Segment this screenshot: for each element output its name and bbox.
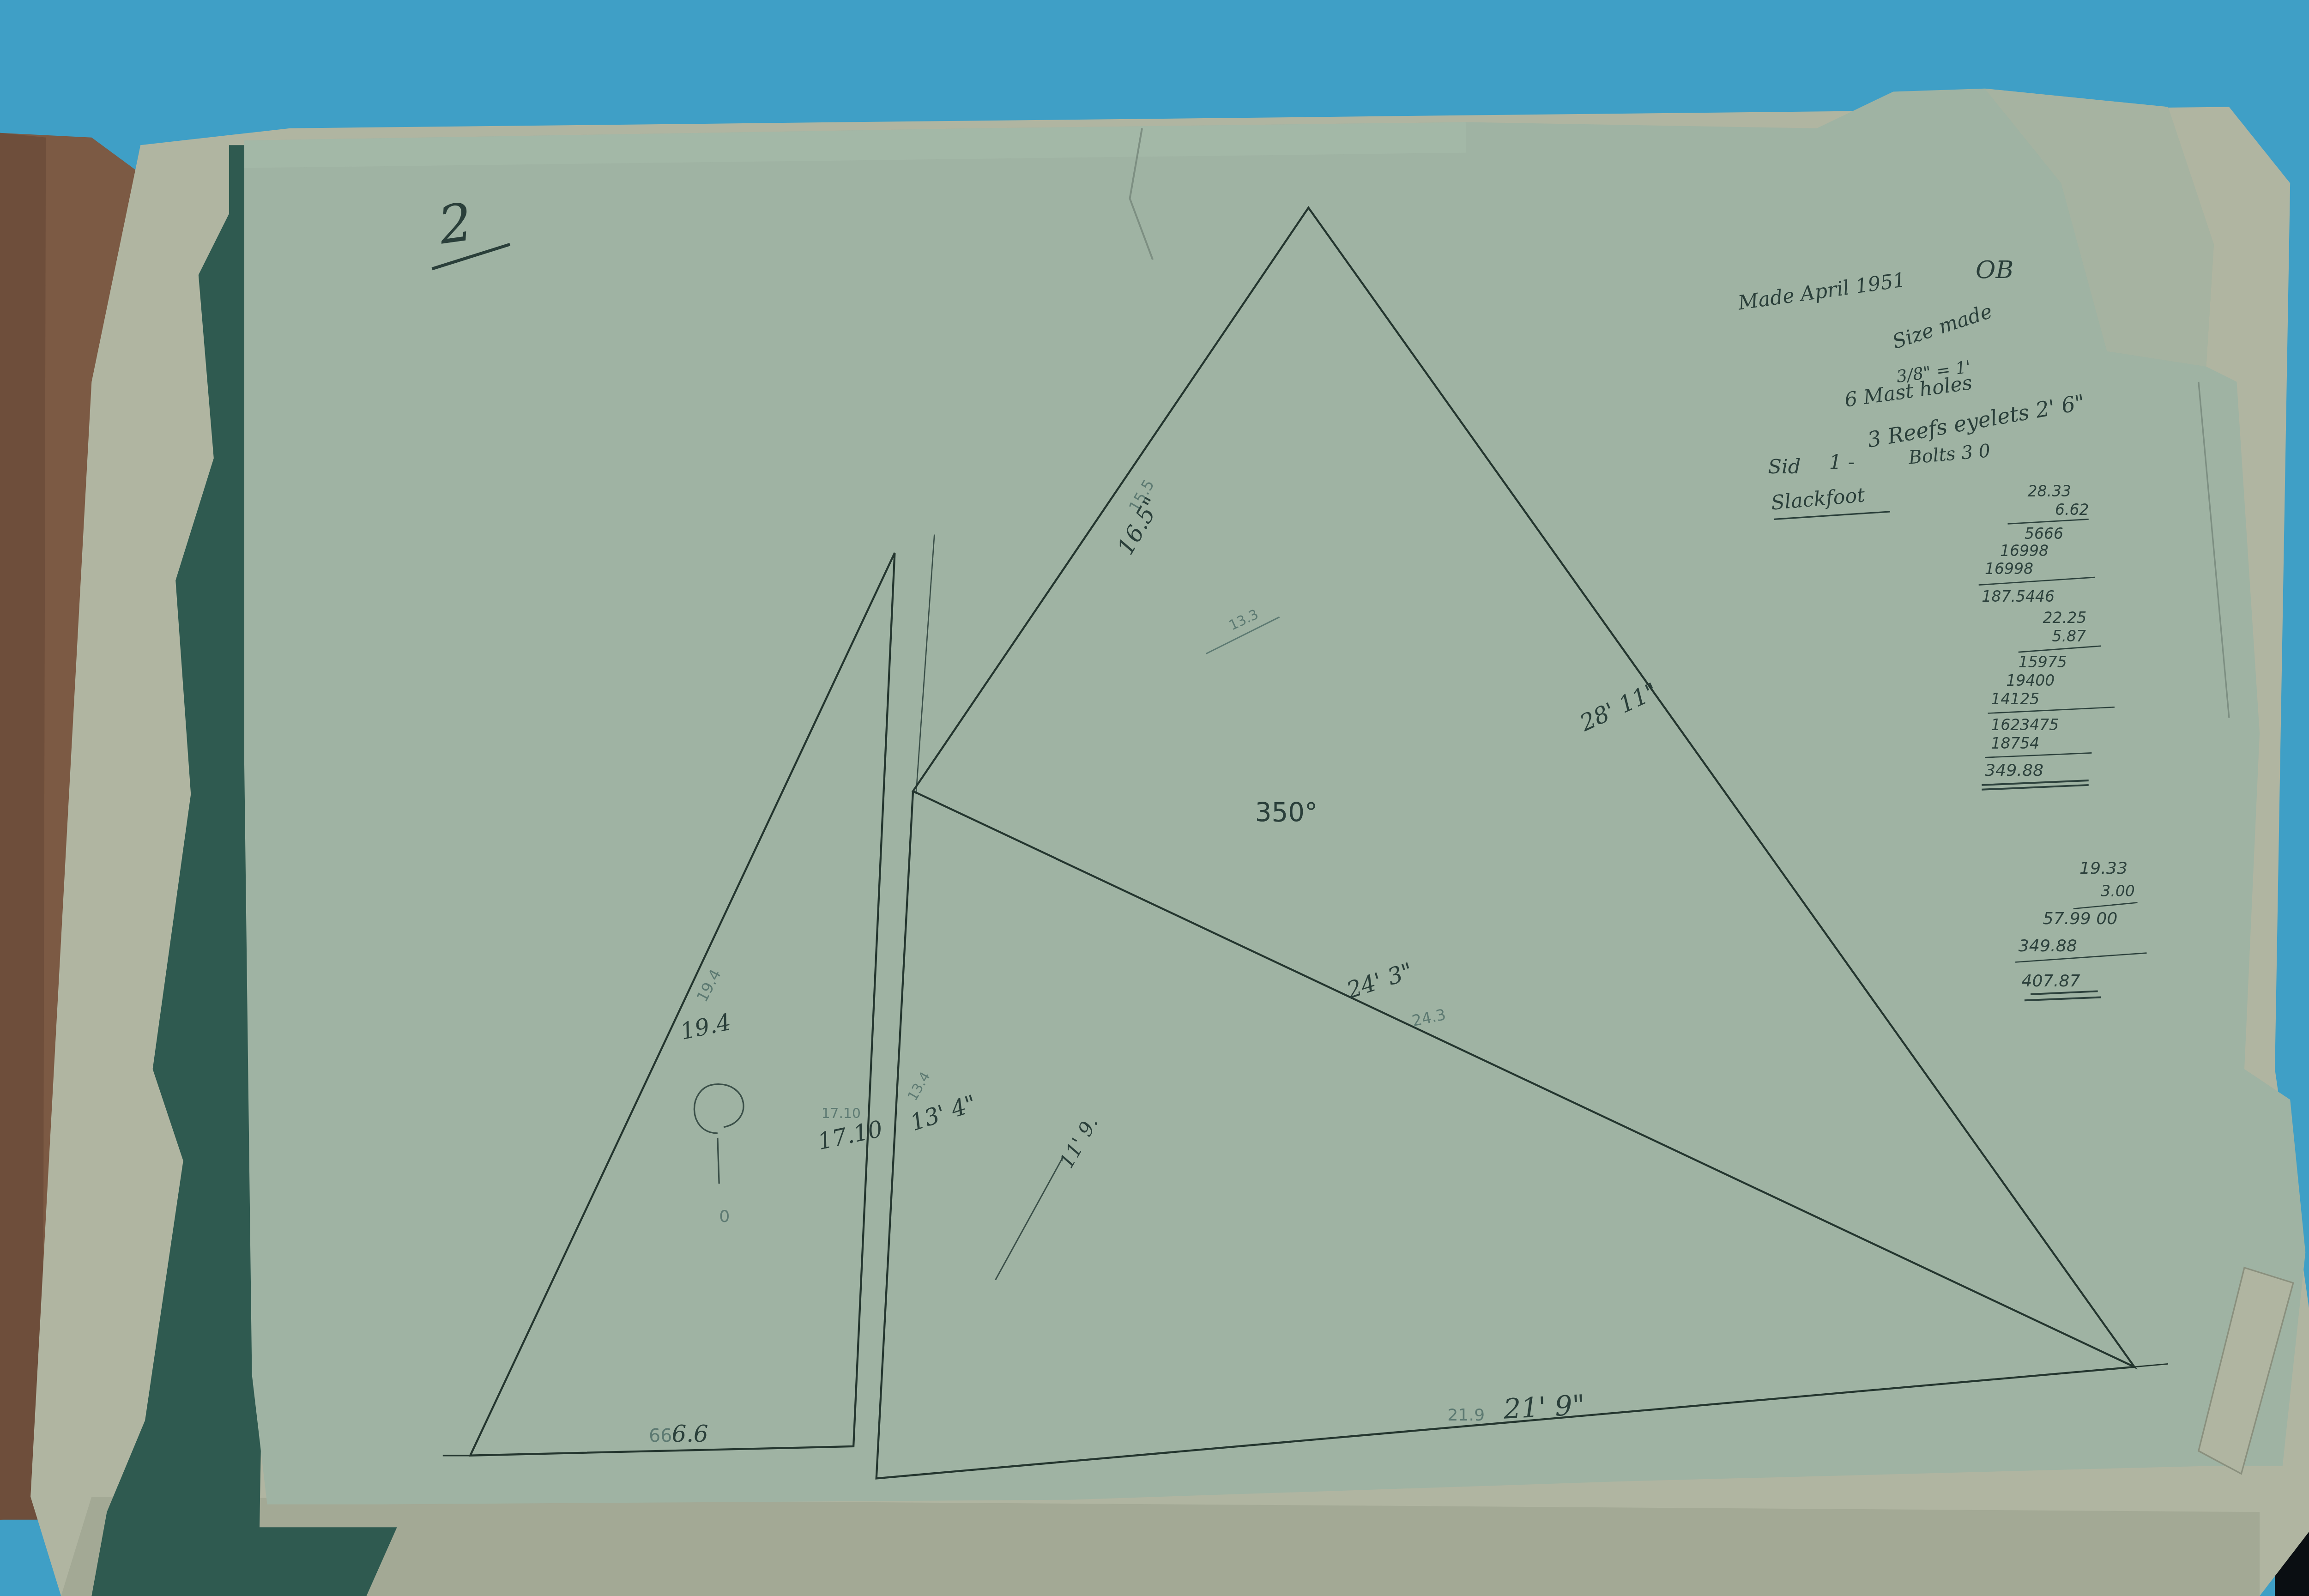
svg-text:22.25: 22.25 (2043, 609, 2087, 627)
svg-text:16998: 16998 (2000, 542, 2049, 560)
jib-luff-pencil: 17.10 (822, 1106, 861, 1122)
drawing-sheet (244, 89, 2305, 1505)
svg-text:407.87: 407.87 (2021, 971, 2080, 991)
svg-text:15975: 15975 (2019, 653, 2067, 671)
svg-text:14125: 14125 (1991, 690, 2039, 708)
jib-foot-label: 6.6 (672, 1421, 708, 1447)
svg-text:187.5446: 187.5446 (1982, 587, 2055, 605)
note-one: 1 - (1829, 451, 1855, 474)
mainsail-area-label: 350° (1255, 798, 1318, 828)
svg-text:5.87: 5.87 (2052, 627, 2086, 645)
svg-text:6.62: 6.62 (2055, 501, 2089, 519)
svg-text:3.00: 3.00 (2101, 882, 2135, 900)
svg-text:19400: 19400 (2006, 671, 2055, 689)
svg-text:349.88: 349.88 (2019, 936, 2077, 955)
svg-text:349.88: 349.88 (1985, 760, 2043, 780)
photo-stage: 2 0 19.4 19.4 17.10 17.10 66 6.6 15.5 16… (0, 0, 2309, 1596)
jib-foot-pencil: 66 (649, 1425, 672, 1446)
svg-text:18754: 18754 (1991, 734, 2039, 752)
svg-text:1623475: 1623475 (1991, 716, 2059, 734)
svg-text:19.33: 19.33 (2079, 858, 2128, 878)
hank-label: 0 (719, 1206, 730, 1226)
note-sid: Sid (1768, 455, 1801, 478)
svg-text:28.33: 28.33 (2028, 482, 2072, 500)
svg-text:16998: 16998 (1985, 560, 2033, 578)
svg-text:5666: 5666 (2025, 525, 2063, 543)
note-ref-code: OB (1976, 256, 2013, 284)
lower-foot-label: 21' 9" (1502, 1389, 1586, 1425)
lower-foot-pencil: 21.9 (1447, 1405, 1485, 1425)
svg-text:57.99 00: 57.99 00 (2043, 908, 2118, 928)
